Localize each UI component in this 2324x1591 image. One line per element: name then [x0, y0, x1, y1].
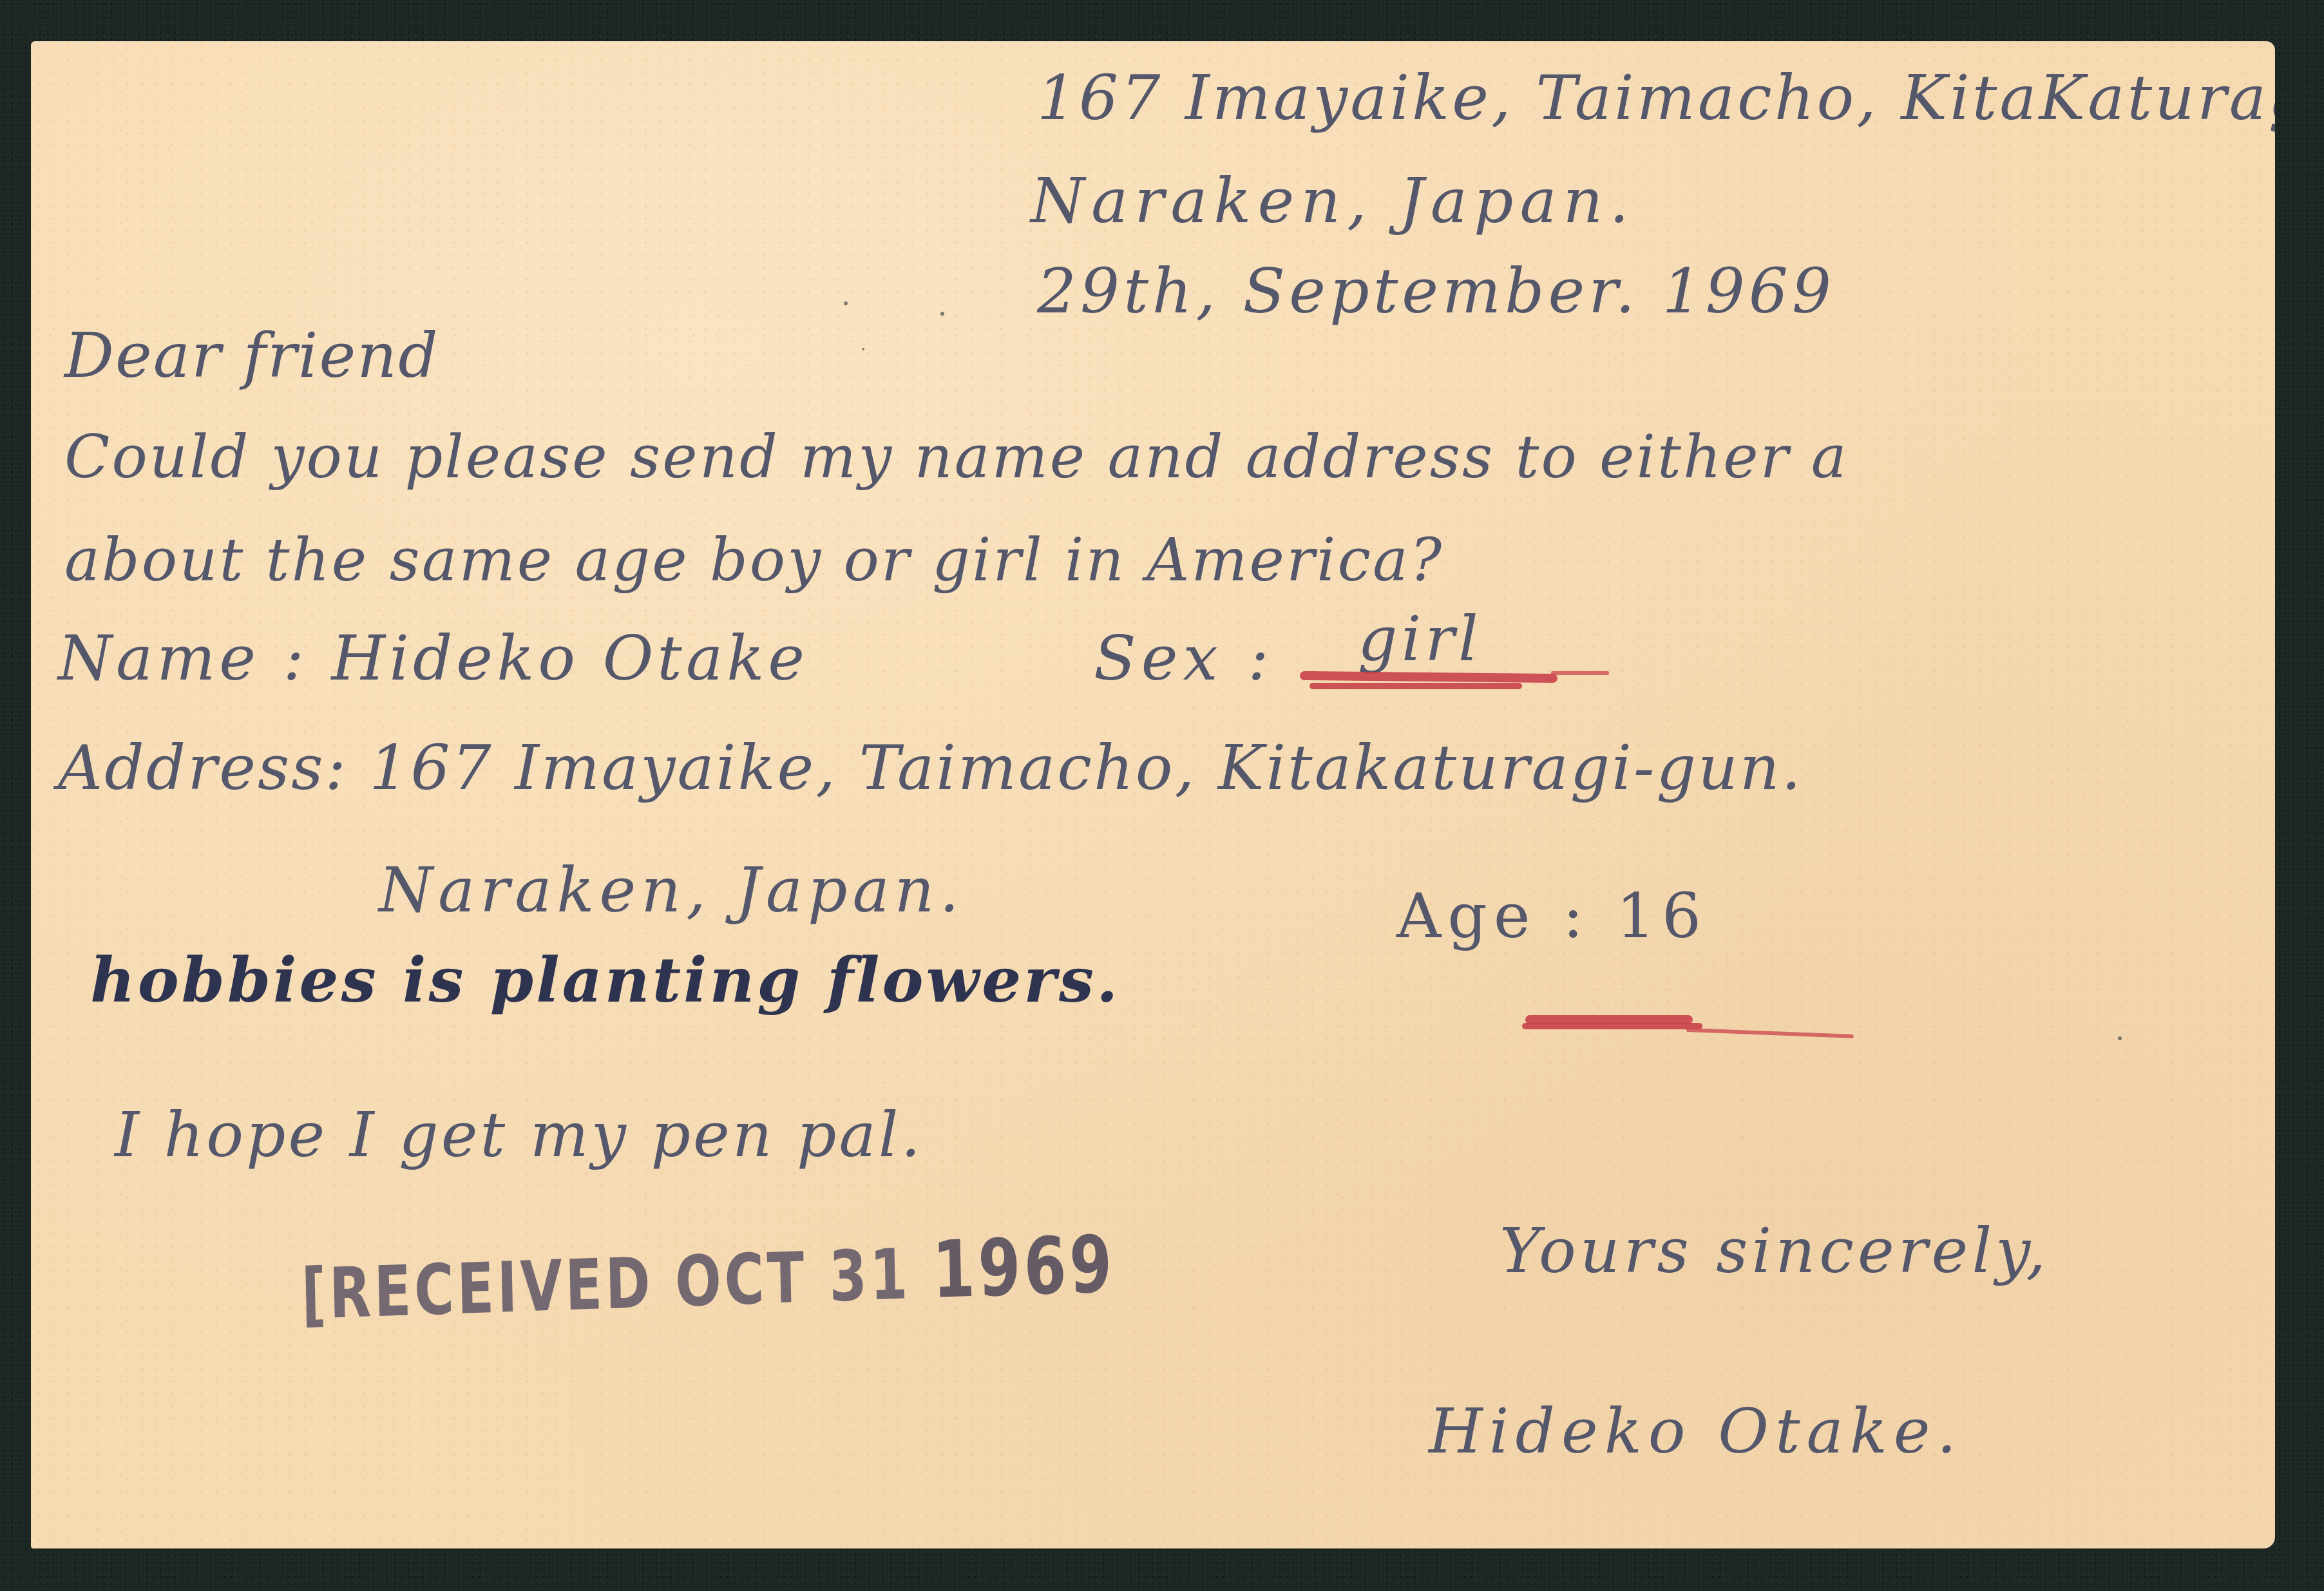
red-underline-sex-second-stroke	[1310, 683, 1522, 689]
header-date: 29th, September. 1969	[1037, 260, 1835, 322]
red-underline-age-second-stroke	[1522, 1023, 1702, 1029]
sex-label: Sex :	[1094, 627, 1274, 689]
header-address-line-1: 167 Imayaike, Taimacho, KitaKaturagi-gun	[1037, 67, 2275, 129]
red-underline-age-tail	[1686, 1028, 1854, 1038]
valediction: Yours sincerely,	[1500, 1220, 2050, 1282]
paper-speck	[844, 301, 848, 305]
body-line-1: Could you please send my name and addres…	[64, 428, 1849, 487]
sex-value: girl	[1358, 608, 1482, 670]
hope-line: I hope I get my pen pal.	[115, 1104, 923, 1166]
received-stamp-year: 1969	[931, 1219, 1116, 1316]
address-field: Address: 167 Imayaike, Taimacho, Kitakat…	[58, 737, 1803, 799]
address-continuation: Naraken, Japan.	[379, 859, 964, 921]
signature: Hideko Otake.	[1429, 1400, 1963, 1462]
hobbies-line: hobbies is planting flowers.	[90, 949, 1120, 1011]
paper-speck	[940, 312, 944, 316]
red-underline-sex-tail	[1551, 671, 1609, 675]
paper-speck	[862, 348, 864, 350]
header-address-line-2: Naraken, Japan.	[1031, 170, 1635, 232]
received-stamp-text: [RECEIVED OCT 31	[301, 1234, 911, 1335]
paper-speck	[2118, 1036, 2122, 1040]
postcard: 167 Imayaike, Taimacho, KitaKaturagi-gun…	[31, 41, 2275, 1548]
greeting: Dear friend	[64, 325, 439, 386]
age-field: Age : 16	[1396, 885, 1708, 947]
name-field: Name : Hideko Otake	[58, 627, 808, 689]
body-line-2: about the same age boy or girl in Americ…	[64, 531, 1443, 590]
received-stamp: [RECEIVED OCT 31 1969	[301, 1225, 1116, 1331]
red-underline-sex	[1300, 671, 1557, 683]
